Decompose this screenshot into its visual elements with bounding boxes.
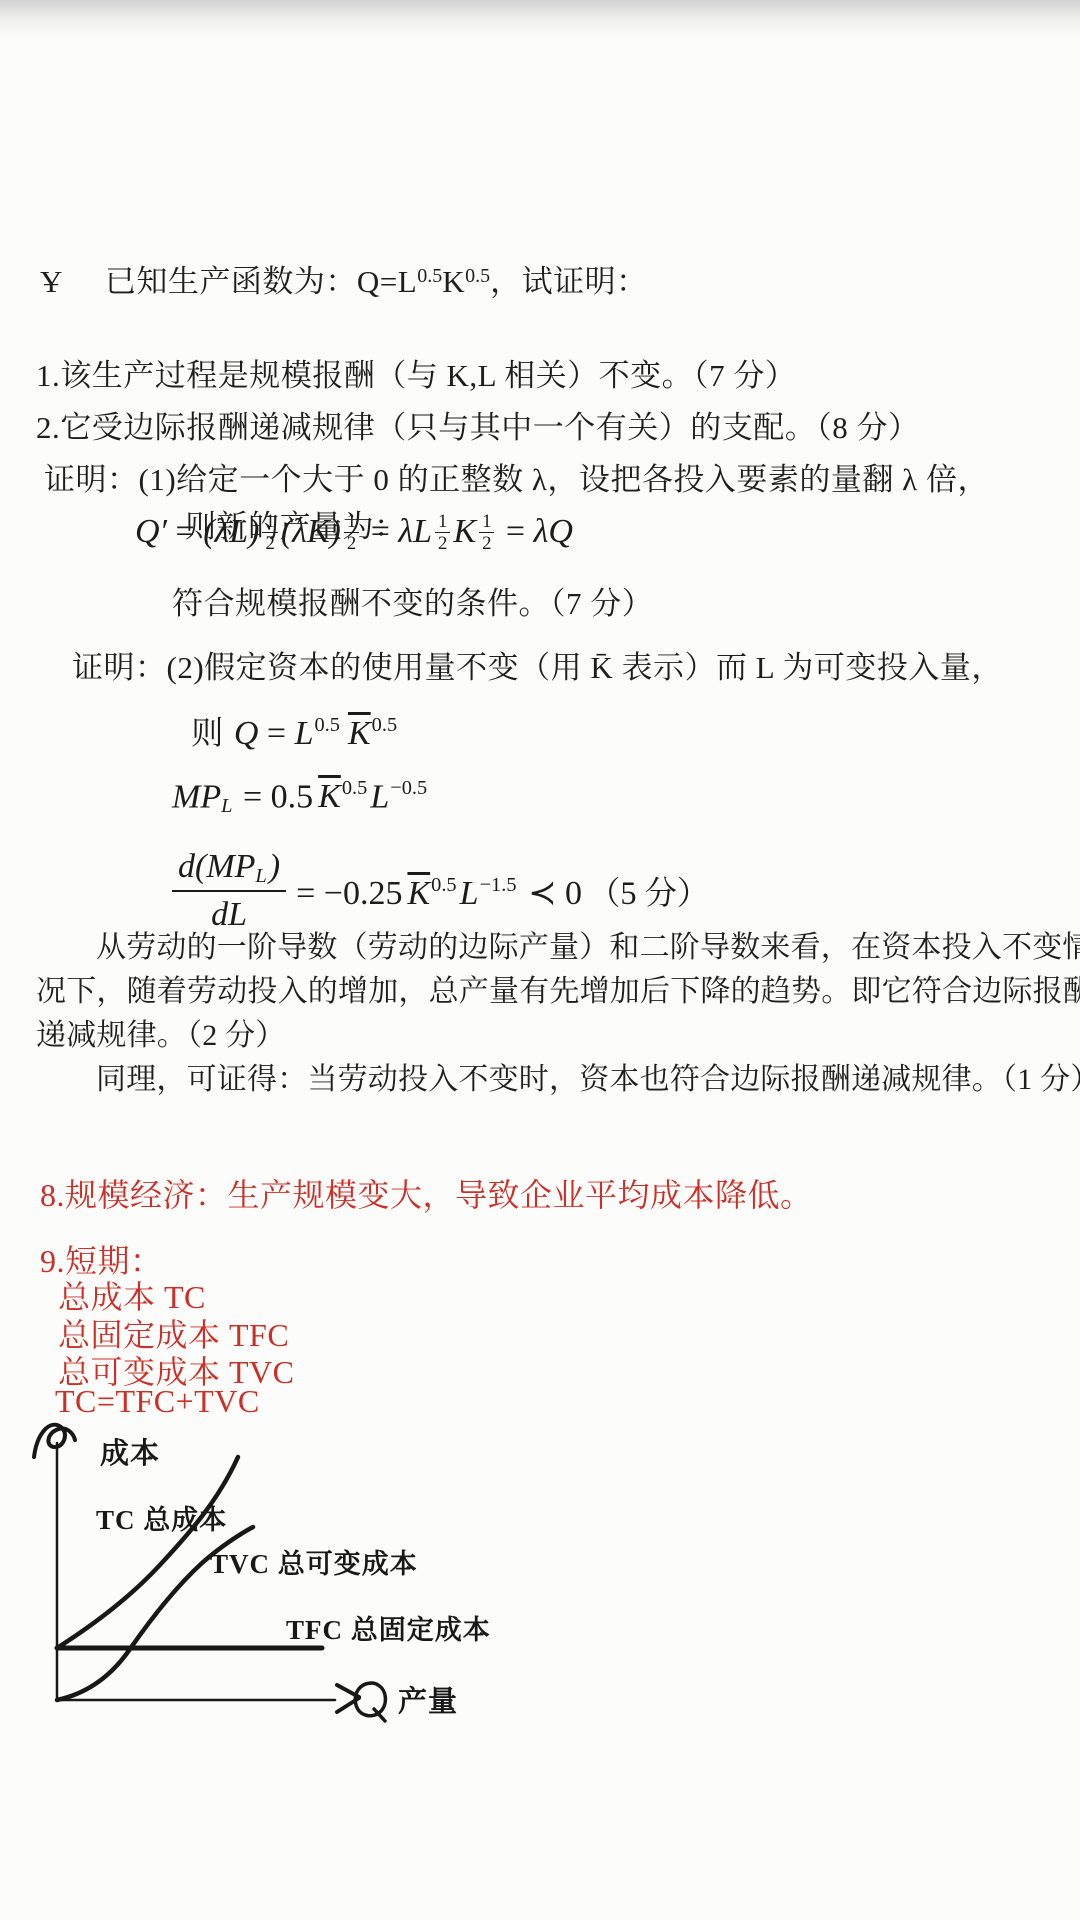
exponent-l: 0.5 xyxy=(417,265,442,287)
scanned-notes-page: Ұ已知生产函数为：Q=L0.5K0.5，试证明： 1.该生产过程是规模报酬（与 … xyxy=(0,0,1080,1920)
question-intro: Ұ已知生产函数为：Q=L0.5K0.5，试证明： xyxy=(40,256,648,301)
question-item-2: 2.它受边际报酬递减规律（只与其中一个有关）的支配。（8 分） xyxy=(36,402,920,447)
analysis-line-4: 同理，可证得：当劳动投入不变时，资本也符合边际报酬递减规律。（1 分） xyxy=(96,1054,1080,1098)
cost-axis-label: 成本 xyxy=(100,1437,160,1470)
derivative-rhs: = −0.25K0.5L−1.5 ≺ 0（5 分） xyxy=(296,868,711,914)
question-bullet: Ұ xyxy=(40,264,63,300)
exponent-k: 0.5 xyxy=(465,265,490,287)
analysis-line-1: 从劳动的一阶导数（劳动的边际产量）和二阶导数来看，在资本投入不变情 xyxy=(96,922,1080,966)
question-intro-pre: 已知生产函数为：Q=L xyxy=(105,264,417,299)
formula-mpl: MPL = 0.5K0.5L−0.5 xyxy=(172,778,430,817)
note-8-economies-of-scale: 8.规模经济：生产规模变大，导致企业平均成本降低。 xyxy=(40,1170,813,1216)
formula-q-prime: Q′ = (λL)12(λK)12 = λL12K12 = λQ xyxy=(135,512,573,553)
proof1-conclusion: 符合规模报酬不变的条件。（7 分） xyxy=(172,578,653,623)
derivative-fraction: d(MPL) dL xyxy=(172,848,286,934)
formula-dmpl-dl: d(MPL) dL = −0.25K0.5L−1.5 ≺ 0（5 分） xyxy=(172,848,711,934)
tfc-label: TFC 总固定成本 xyxy=(286,1614,491,1645)
proof1-intro: 证明：(1)给定一个大于 0 的正整数 λ，设把各投入要素的量翻 λ 倍， xyxy=(44,454,989,499)
analysis-line-2: 况下，随着劳动投入的增加，总产量有先增加后下降的趋势。即它符合边际报酬 xyxy=(36,966,1080,1010)
derivative-numerator: d(MPL) xyxy=(172,848,286,890)
cost-curves-chart: 成本 TC 总成本 TVC 总可变成本 TFC 总固定成本 产量 xyxy=(20,1415,560,1765)
tvc-label: TVC 总可变成本 xyxy=(210,1548,418,1579)
question-item-1: 1.该生产过程是规模报酬（与 K,L 相关）不变。（7 分） xyxy=(36,350,796,395)
output-axis-label: 产量 xyxy=(398,1684,458,1718)
analysis-line-3: 递减规律。（2 分） xyxy=(36,1010,286,1054)
tc-label: TC 总成本 xyxy=(96,1504,227,1535)
scan-shadow-top xyxy=(0,0,1080,38)
question-intro-mid: K xyxy=(442,264,465,299)
question-intro-post: ，试证明： xyxy=(490,264,648,299)
proof2-intro: 证明：(2)假定资本的使用量不变（用 K̄ 表示）而 L 为可变投入量， xyxy=(72,642,1003,687)
handwritten-c-mark xyxy=(34,1425,75,1457)
handwritten-q-mark xyxy=(355,1683,385,1721)
formula-q: 则 Q = L0.5K0.5 xyxy=(185,708,400,754)
